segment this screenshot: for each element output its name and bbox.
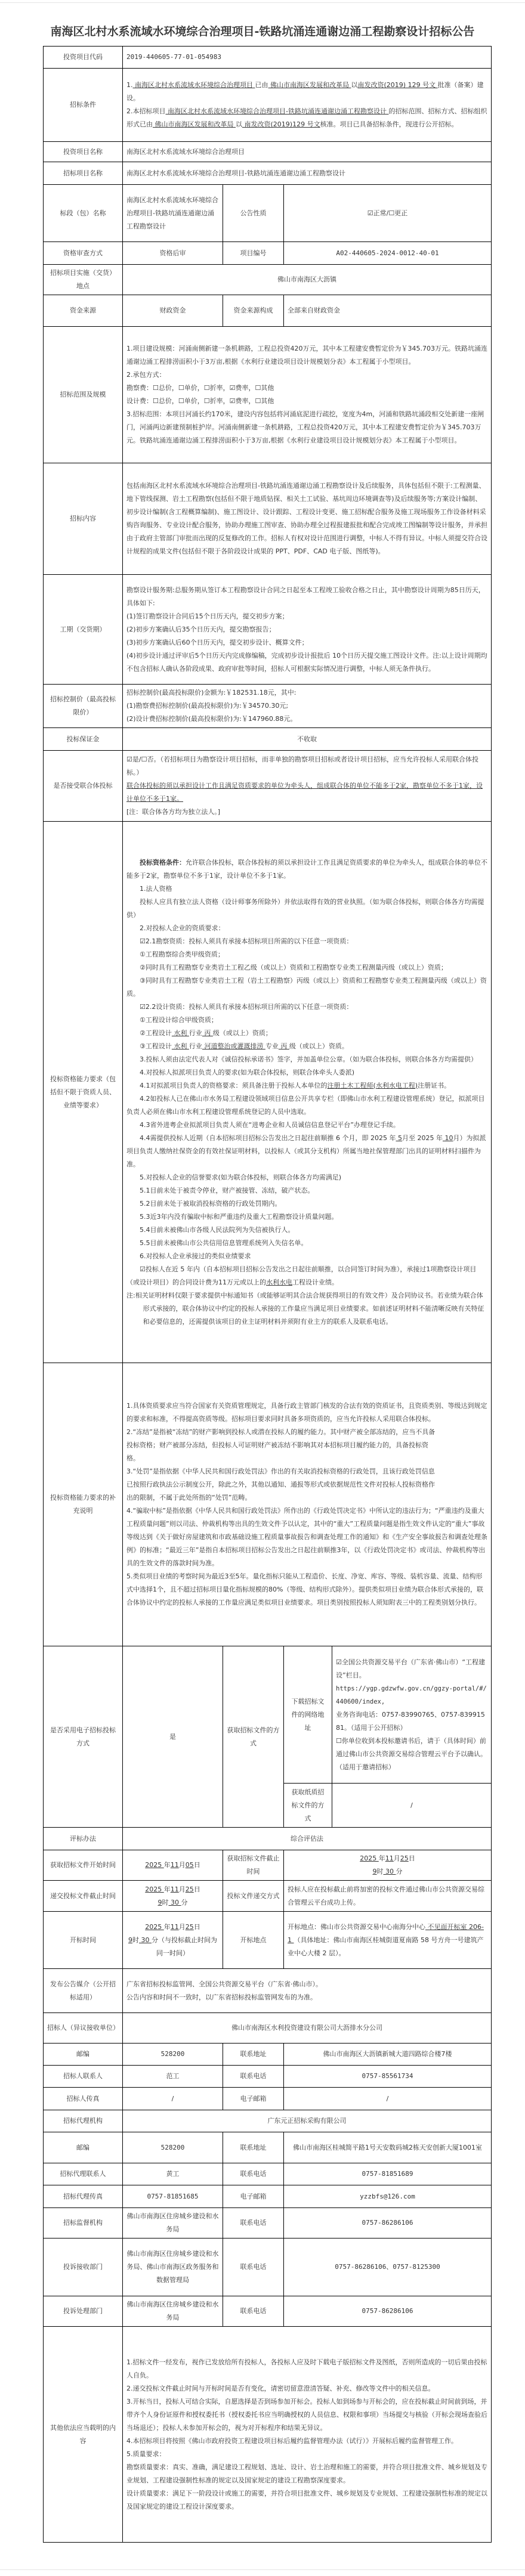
value-conditions: 1. 南海区北村水系流域水环境综合治理项目 已由 佛山市南海区发展和改革局 以南… (123, 69, 492, 142)
underlined-text: 水利 (172, 1042, 189, 1050)
checkbox-unchecked-icon[interactable]: ☐ (255, 384, 261, 392)
checkbox-unchecked-icon[interactable]: ☐ (336, 1737, 342, 1745)
text: 4.4需提供投标人近期（自本招标项目招标公告发出之日起往前顺推 6 个月，即 2… (140, 1134, 396, 1142)
value-complaint-handle: 佛山市南海区住房城乡建设和水务局 (123, 2296, 223, 2327)
row-agency-zip: 邮编 528200 联系地址 佛山市南海区桂城简平路1号天安数码城2栋天安创新大… (44, 2132, 492, 2163)
value-fax: 0757-81851685 (123, 2185, 223, 2208)
survey-fee-options: 勘察费：☐总价，☐单价，☐折率，☑费率，☐其他 (126, 382, 487, 395)
label: 设计费： (126, 397, 153, 405)
minute: 30 (384, 1868, 396, 1875)
unit: 分 (396, 1868, 403, 1875)
design-fee-options: 设计费：☐总价，☐单价，☐折率，☑费率，☐其他 (126, 395, 487, 408)
month: 11 (171, 1861, 179, 1869)
row-conditions: 招标条件 1. 南海区北村水系流域水环境综合治理项目 已由 佛山市南海区发展和改… (44, 69, 492, 142)
label-address: 联系地址 (223, 2132, 284, 2163)
section-heading: 5.对投标人企业的信誉要求(如为联合体投标，则联合体各方均需满足) (126, 1171, 487, 1184)
value-funding: 财政资金 (123, 295, 223, 327)
underlined-text: 佛山市南海区发展和改革局 (268, 81, 351, 89)
list-item: 2.“冻结”是指被“冻结”的财产影响到投标人或潜在投标人的履约能力。其中财产被全… (126, 1426, 487, 1465)
text: 1. (126, 81, 133, 89)
option-normal: 正常 (373, 209, 387, 217)
checkbox-unchecked-icon[interactable]: ☐ (153, 384, 159, 392)
row-obtain-time: 获取招标文件开始时间 2025 年11月05日 获取招标文件截止时间 2025 … (44, 1850, 492, 1881)
label-phone: 联系电话 (223, 2163, 284, 2185)
label-phone: 联系电话 (223, 2296, 284, 2327)
label-media: 发布公告媒介（公开招标适用） (44, 1969, 123, 2013)
list-item: 设计质量要求：满足下一阶段设计或施工的需要，并符合项目批准文件、城乡规划及专业规… (126, 2487, 487, 2513)
label-invest-code: 投资项目代码 (44, 47, 123, 69)
underlined-text: 水利 (172, 1029, 189, 1037)
value-supervision: 佛山市南海区住房城乡建设和水务局 (123, 2208, 223, 2238)
underlined-text: 注册土木工程师(水利水电工程) (328, 1082, 418, 1089)
label-fax: 招标人传真 (44, 2088, 123, 2110)
label-content: 招标内容 (44, 463, 123, 575)
unit: 月 (179, 1923, 186, 1931)
label-funding: 资金来源 (44, 295, 123, 327)
value-opening-time: 2025 年11月25日9时 30 分（与投标截止时间为同一时间） (123, 1912, 223, 1969)
row-agency: 招标代理机构 广东元正招标采购有限公司 (44, 2110, 492, 2132)
label-fax: 招标代理传真 (44, 2185, 123, 2208)
option: 费率， (236, 384, 255, 392)
value-contact: 范工 (123, 2066, 223, 2088)
label-address: 联系地址 (223, 2044, 284, 2066)
tender-notice-table: 投资项目代码 2019-440605-77-01-054983 招标条件 1. … (43, 46, 492, 2543)
list-item: 3.开标当日，投标人可结合实际，自愿选择是否到场参加开标会。投标人如到场参与开标… (126, 2395, 487, 2435)
paragraph: 4.3省外进粤企业拟派项目负责人须在“进粤企业和人员诚信信息登记平台”办理登记手… (126, 1119, 487, 1132)
value-supplement: 1.具体资质要求应当符合国家有关资质管理规定，具备行政主管部门核发的合法有效的资… (123, 1363, 492, 1646)
label-section: 标段（包）名称 (44, 185, 123, 242)
list-item: ①工程设计综合甲级资质； (126, 1014, 487, 1027)
label-electronic: 是否采用电子招标投标方式 (44, 1646, 123, 1828)
label-funding-composition: 资金来源构成 (223, 295, 284, 327)
list-item: ①工程勘察综合类甲级资质； (126, 948, 487, 961)
label-qualification: 资格审查方式 (44, 242, 123, 265)
consortium-note: [注：联合体各方均为独立法人。] (126, 806, 487, 819)
row-location: 招标项目实施（交货）地点 佛山市南海区大沥镇 (44, 265, 492, 295)
year: 2025 (145, 1885, 164, 1893)
underlined-text: 河道整治或灌溉排涝 (202, 1042, 265, 1050)
unit: 日 (194, 1885, 200, 1893)
list-item: 5.3近3年内没有骗取中标和严重违约及重大工程勘察设计质量问题。 (126, 1210, 487, 1224)
paragraph: 4.2如投标人已在佛山市水务局工程建设领域项目信息公开共享专栏（即佛山市水利工程… (126, 1092, 487, 1119)
row-funding: 资金来源 财政资金 资金来源构成 全部来自财政资金 (44, 295, 492, 327)
text: （具体地址：佛山市南海区桂城街道夏南路 58 号方舟一号建筑产业中心大楼 2 层… (288, 1936, 484, 1957)
paragraph: 投标人应具有独立法人资格（设计师事务所除外）并依法取得有效的营业执照。（如为联合… (126, 896, 487, 922)
row-tenderer-contact: 招标人联系人 范工 联系电话 0757-85561734 (44, 2066, 492, 2088)
value-opening-place: 开标地点：佛山市公共资源交易中心南海分中心 不见面开标室 206-1 （具体地址… (284, 1912, 492, 1969)
checkbox-checked-icon[interactable]: ☑ (367, 209, 373, 217)
paragraph: (3)初步方案确认后60个日历天内，提交初步设计、概算文件； (126, 636, 487, 649)
underlined-text: 南海区北村水系流域水环境综合治理项目 (133, 81, 255, 89)
option: 单价， (184, 397, 204, 405)
underlined-text: 10 (443, 1134, 453, 1142)
paragraph: (2)设计费招标控制价(最高投标限价)为:￥147960.88元。 (126, 713, 487, 726)
option: 费率， (236, 397, 255, 405)
unit: 日 (409, 1854, 415, 1862)
checkbox-unchecked-icon[interactable]: ☐ (204, 384, 210, 392)
underlined-text: 丙 (279, 1042, 289, 1050)
checkbox-checked-icon[interactable]: ☑ (230, 384, 236, 392)
page-title: 南海区北村水系流域水环境综合治理项目-铁路坑涌连通谢边涌工程勘察设计招标公告 (0, 23, 525, 39)
platform-name: 全国公共资源交易平台（广东省·佛山市）“工程建设”栏目。 (336, 1658, 485, 1679)
unit: 时 (377, 1868, 384, 1875)
checkbox-unchecked-icon[interactable]: ☐ (255, 397, 261, 405)
label-conditions: 招标条件 (44, 69, 123, 142)
label-consortium: 是否接受联合体投标 (44, 751, 123, 822)
option: 折率， (210, 384, 230, 392)
list-item: 1.具体资质要求应当符合国家有关资质管理规定，具备行政主管部门核发的合法有效的资… (126, 1400, 487, 1426)
year: 2025 (360, 1854, 379, 1862)
text: 专业 (265, 1042, 279, 1050)
day: 25 (400, 1854, 409, 1862)
unit: 年 (164, 1923, 171, 1931)
checkbox-checked-icon[interactable]: ☑ (140, 1003, 146, 1011)
row-deposit: 投标保证金 不收取 (44, 728, 492, 751)
value-electronic: 是 (123, 1646, 223, 1828)
consult-phone: 业务咨询电话：0757-83990765、0757-83991581。（适用于公… (336, 1708, 487, 1735)
note-text: 相关证明材料仅限于要求提供中标通知书（或能够证明其合法合规获得项目的有效文件）及… (135, 1292, 484, 1326)
text: 开标地点：佛山市公共资源交易中心南海分中心 (288, 1923, 425, 1931)
row-media: 发布公告媒介（公开招标适用） 广东省招标投标监管网、全国公共资源交易平台（广东省… (44, 1969, 492, 2013)
list-item: ②同时具有工程勘察专业类岩土工程乙级（或以上）资质和工程勘察专业类工程测量丙级（… (126, 961, 487, 974)
option: 单价， (184, 384, 204, 392)
value-paper-method: / (332, 1784, 492, 1828)
paragraph: 广东省招标投标监管网、全国公共资源交易平台（广东省·佛山市）。 (126, 1978, 487, 1991)
value-zip: 528200 (123, 2132, 223, 2163)
value-project-code: A02-440605-2024-0012-40-01 (284, 242, 492, 265)
text: 以 (236, 120, 242, 128)
label-obtain-method: 获取招标文件的方式 (223, 1646, 284, 1828)
label-opening-time: 开标时间 (44, 1912, 123, 1969)
value-phone: 0757-81851689 (284, 2163, 492, 2185)
unit: 时 (132, 1936, 139, 1944)
unit: 分 (181, 1899, 188, 1906)
row-scope: 招标范围及规模 1.项目建设规模：河涌南侧新建一条机耕路，工程总投资420万元，… (44, 327, 492, 463)
paragraph: (2)初步方案确认后35个日历天内，提交勘察报告； (126, 623, 487, 636)
row-agency-fax: 招标代理传真 0757-81851685 电子邮箱 yzzbfs@126.com (44, 2185, 492, 2208)
list-item: 4.“骗取中标”是指依据《中华人民共和国行政处罚法》所作出的《行政处罚决定书》中… (126, 1504, 487, 1570)
list-item: ③同时具有工程勘察专业类岩土工程（岩土工程勘察）丙级（或以上）资质和工程勘察专业… (126, 974, 487, 1001)
paragraph: 3.招标范围：本项目河涌长约170米，建设内容包括将河涌底泥进行疏挖，宽度为4m… (126, 408, 487, 447)
note: （与投标截止时间为同一时间） (156, 1936, 217, 1957)
month: 11 (171, 1923, 179, 1931)
label-complaint-receive: 投诉接收部门 (44, 2238, 123, 2296)
option: 总价， (159, 384, 178, 392)
value-scope: 1.项目建设规模：河涌南侧新建一条机耕路，工程总投资420万元，其中本工程建安费… (123, 327, 492, 463)
value-agency: 广东元正招标采购有限公司 (123, 2110, 492, 2132)
hour: 9 (158, 1899, 162, 1906)
value-download-address: ☑全国公共资源交易平台（广东省·佛山市）“工程建设”栏目。 https://yg… (332, 1646, 492, 1784)
checkbox-checked-icon[interactable]: ☑ (140, 937, 146, 945)
checkbox-checked-icon[interactable]: ☑ (336, 1658, 342, 1666)
row-tenderer-zip: 邮编 528200 联系地址 佛山市南海区大沥镇新城大道四路综合楼7楼 (44, 2044, 492, 2066)
row-bid-name: 招标项目名称 南海区北村水系流域水环境综合治理项目-铁路坑涌连通谢边涌工程勘察设… (44, 162, 492, 185)
value-zip: 528200 (123, 2044, 223, 2066)
row-section: 标段（包）名称 南海区北村水系流域水环境综合治理项目-铁路坑涌连通谢边涌工程勘察… (44, 185, 492, 242)
text: 4.1对拟派项目负责人的资格要求：须具备注册于投标人本单位的 (140, 1082, 328, 1089)
paragraph: 1.项目建设规模：河涌南侧新建一条机耕路，工程总投资420万元，其中本工程建安费… (126, 342, 487, 369)
value-tenderer: 佛山市南海区水利投资建设有限公司大沥排水分公司 (123, 2013, 492, 2044)
label-zip: 邮编 (44, 2132, 123, 2163)
label-project-code: 项目编号 (223, 242, 284, 265)
row-period: 工期（交货期） 勘察设计服务期:总服务期从签订本工程勘察设计合同之日起至本工程竣… (44, 575, 492, 685)
month: 11 (385, 1854, 394, 1862)
row-supervision: 招标监督机构 佛山市南海区住房城乡建设和水务局 联系电话 0757-862861… (44, 2208, 492, 2238)
value-consortium: ☑是/☐否。（若招标项目为勘察设计项目招标，而非单独的勘察项目招标或者设计项目招… (123, 751, 492, 822)
section-heading: 4.对投标人拟派项目负责人的要求(如为联合体投标，则联合体牵头人委派) (126, 1066, 487, 1079)
section-heading: 6.对投标人企业承接过的类似业绩要求 (126, 1250, 487, 1263)
label-opening-place: 开标地点 (223, 1912, 284, 1969)
label-obtain-end: 获取招标文件截止时间 (223, 1850, 284, 1881)
option: 其他 (261, 384, 274, 392)
underlined-text: 南海区北村水系流域水环境综合治理项目-铁路坑涌连通谢边涌工程勘察设计 (166, 107, 389, 115)
label-paper-method: 获取纸质招标文件的方式 (284, 1784, 332, 1828)
minute: 30 (139, 1936, 152, 1944)
value-phone: 0757-85561734 (284, 2066, 492, 2088)
checkbox-unchecked-icon[interactable]: ☐ (178, 384, 184, 392)
unit: 分 (152, 1936, 158, 1944)
list-item: 5.1目前未处于被责令停业，财产被接管、冻结，破产状态。 (126, 1184, 487, 1197)
list-item: 5.类似项目业绩的考察时间为最近3至5年。量化指标只能从工程造价、长度、净宽、库… (126, 1570, 487, 1609)
row-complaint-handle: 投诉处理部门 佛山市南海区住房城乡建设和水务局 联系电话 0757-862861… (44, 2296, 492, 2327)
checkbox-unchecked-icon[interactable]: ☐ (153, 397, 159, 405)
label-location: 招标项目实施（交货）地点 (44, 265, 123, 295)
row-price: 招标控制价（最高投标限价） 招标控制价(最高投标限价)金额为:￥182531.1… (44, 685, 492, 728)
checkbox-unchecked-icon[interactable]: ☐ (141, 756, 147, 763)
row-invest-code: 投资项目代码 2019-440605-77-01-054983 (44, 47, 492, 69)
text: 2.本招标项目 (126, 107, 166, 115)
value-submit-method: 投标人应在投标截止前将加密的投标文件通过佛山市公共资源交易综合管理云平台成功上传… (284, 1881, 492, 1912)
value-nature: ☑正常/☐更正 (284, 185, 492, 242)
value-address: 佛山市南海区大沥镇新城大道四路综合楼7楼 (284, 2044, 492, 2066)
row-complaint-receive: 投诉接收部门 佛山市南海区住房城乡建设和水务局、佛山市南海区政务服务和数据管理局… (44, 2238, 492, 2296)
label-submit-deadline: 递交投标文件截止时间 (44, 1881, 123, 1912)
paragraph: 勘察设计服务期:总服务期从签订本工程勘察设计合同之日起至本工程竣工验收合格之日止… (126, 584, 487, 610)
text: 注册证书。 (418, 1082, 450, 1089)
list-item: 3.“处罚”是指依据《中华人民共和国行政处罚法》作出的有关取消投标资格的行政处罚… (126, 1465, 487, 1504)
label-bid-name: 招标项目名称 (44, 162, 123, 185)
label-nature: 公告性质 (223, 185, 284, 242)
label-download-address: 下载招标文件的网络地址 (284, 1646, 332, 1784)
paragraph: (1)勘察费招标控制价(最高投标限价)为:￥34570.30元; (126, 699, 487, 713)
checkbox-checked-icon[interactable]: ☑ (126, 756, 132, 763)
checkbox-unchecked-icon[interactable]: ☐ (178, 397, 184, 405)
unit: 日 (194, 1861, 200, 1869)
value-address: 佛山市南海区桂城简平路1号天安数码城2栋天安创新大厦1001室 (284, 2132, 492, 2163)
row-tenderer: 招标人（异议接收单位） 佛山市南海区水利投资建设有限公司大沥排水分公司 (44, 2013, 492, 2044)
label-complaint-handle: 投诉处理部门 (44, 2296, 123, 2327)
paragraph: 2.2设计资质：投标人须具有承接本招标项目所需的以下任意一项资质： (146, 1003, 353, 1011)
label-agency: 招标代理机构 (44, 2110, 123, 2132)
row-eligibility: 投标资格能力要求（包括但不限于资质人员、业绩等要求） 投标资格条件：允许联合体投… (44, 822, 492, 1363)
row-evaluation: 评标办法 综合评估法 (44, 1828, 492, 1850)
unit: 月 (394, 1854, 400, 1862)
underlined-text: 5 (396, 1134, 402, 1142)
text: 行业 (189, 1042, 202, 1050)
row-content: 招标内容 包括南海区北村水系流域水环境综合治理项目-铁路坑涌连通谢边涌工程勘察设… (44, 463, 492, 575)
value-section: 南海区北村水系流域水环境综合治理项目-铁路坑涌连通谢边涌工程勘察设计 (123, 185, 223, 242)
text: 级（或以上）资质； (213, 1029, 272, 1037)
row-agency-contact: 招标代理联系人 黄工 联系电话 0757-81851689 (44, 2163, 492, 2185)
label-contact: 招标代理联系人 (44, 2163, 123, 2185)
consortium-choice: ☑是/☐否。（若招标项目为勘察设计项目招标，而非单独的勘察项目招标或者设计项目招… (126, 753, 487, 779)
label-deposit: 投标保证金 (44, 728, 123, 751)
value-email: / (284, 2088, 492, 2110)
value-phone: 0757-86286106 (284, 2208, 492, 2238)
day: 25 (186, 1923, 194, 1931)
bottom-divider (0, 2569, 525, 2570)
section-heading: 2.对投标人企业的资质要求： (126, 922, 487, 935)
list-item: 2.递交投标文件截止时间与开标时间是否有变化，请密切留意澄清答疑、补充、修改等文… (126, 2382, 487, 2395)
download-link[interactable]: https://ygp.gdzwfw.gov.cn/ggzy-portal/#/… (336, 1682, 487, 1708)
list-item: 5.质量要求： (126, 2448, 487, 2461)
list-item: 勘察质量要求：真实、准确，满足建设工程规划、选址、设计、岩土治理和施工的需要，并… (126, 2461, 487, 2487)
underlined-text: 佛山市南海区发展和改革局 (153, 120, 236, 128)
text: 核准。项目已具备招标条件，现进行公开招标。 (320, 120, 458, 128)
label-invest-name: 投资项目名称 (44, 142, 123, 162)
invite-text: 你单位收到本投标邀请书后，请于（具体时间）前通过佛山市公共资源交易综合管理云平台… (336, 1737, 487, 1771)
text: ③工程设计 (140, 1042, 172, 1050)
option-change: 更正 (394, 209, 407, 217)
value-bid-name: 南海区北村水系流域水环境综合治理项目-铁路坑涌连通谢边涌工程勘察设计 (123, 162, 492, 185)
text: 以 (351, 81, 358, 89)
label-zip: 邮编 (44, 2044, 123, 2066)
value-email[interactable]: yzzbfs@126.com (284, 2185, 492, 2208)
row-supplement: 投标资格能力要求的补充说明 1.具体资质要求应当符合国家有关资质管理规定，具备行… (44, 1363, 492, 1646)
paragraph: (1)签订勘察设计合同后15个日历天内，提交初步方案； (126, 610, 487, 623)
label-period: 工期（交货期） (44, 575, 123, 685)
top-divider (0, 2, 525, 3)
label-tenderer: 招标人（异议接收单位） (44, 2013, 123, 2044)
label-contact: 招标人联系人 (44, 2066, 123, 2088)
paragraph: 2.1勘察资质：投标人须具有承接本招标项目所需的以下任意一项资质： (146, 937, 353, 945)
checkbox-checked-icon[interactable]: ☑ (140, 1265, 146, 1273)
consortium-requirement: 联合体投标的须以承担设计工作且满足资质要求的单位为牵头人，组成联合体的单位不能多… (126, 779, 487, 806)
value-eligibility: 投标资格条件：允许联合体投标，联合体投标的须以承担设计工作且满足资质要求的单位为… (123, 822, 492, 1363)
paragraph: 3.投标人须由法定代表人对《诚信投标承诺书》签字，并加盖单位公章。（如为联合体投… (126, 1053, 487, 1066)
value-period: 勘察设计服务期:总服务期从签订本工程勘察设计合同之日起至本工程竣工验收合格之日止… (123, 575, 492, 685)
underlined-text: 丙 (202, 1029, 213, 1037)
unit: 年 (164, 1885, 171, 1893)
checkbox-checked-icon[interactable]: ☑ (230, 397, 236, 405)
value-obtain-start: 2025 年11月05日 (123, 1850, 223, 1881)
value-invest-name: 南海区北村水系流域水环境综合治理项目 (123, 142, 492, 162)
day: 05 (186, 1861, 194, 1869)
option-yes: 是 (132, 756, 139, 763)
list-item: 5.4目前未被佛山市各级人民法院列为失信被执行人。 (126, 1224, 487, 1237)
label-price: 招标控制价（最高投标限价） (44, 685, 123, 728)
value-other: 1.招标文件一经发布，视作已发放给所有投标人，各投标人应及时下载电子版招标文件及… (123, 2327, 492, 2543)
value-deposit: 不收取 (123, 728, 492, 751)
section-heading: 1.法人资格 (126, 883, 487, 896)
label-email: 电子邮箱 (223, 2088, 284, 2110)
value-phone: 0757-86286106 (284, 2296, 492, 2327)
paragraph: 2.承包方式： (126, 369, 487, 382)
note-label: 注: (126, 1292, 135, 1299)
row-consortium: 是否接受联合体投标 ☑是/☐否。（若招标项目为勘察设计项目招标，而非单独的勘察项… (44, 751, 492, 822)
option-no: 否 (147, 756, 153, 763)
label-phone: 联系电话 (223, 2238, 284, 2296)
value-submit-deadline: 2025 年11月25日9时 30 分 (123, 1881, 223, 1912)
value-obtain-end: 2025 年11月25日9时 30 分 (284, 1850, 492, 1881)
minute: 30 (169, 1899, 181, 1906)
checkbox-unchecked-icon[interactable]: ☐ (388, 209, 394, 217)
list-item: 4.本招标项目将按照《佛山市政府投资工程建设项目标后履约监督管理办法（试行）》开… (126, 2435, 487, 2448)
value-price: 招标控制价(最高投标限价)金额为:￥182531.18元，其中: (1)勘察费招… (123, 685, 492, 728)
unit: 月 (179, 1861, 186, 1869)
option: 其他 (261, 397, 274, 405)
row-other: 其他依法应当载明的内容 1.招标文件一经发布，视作已发放给所有投标人，各投标人应… (44, 2327, 492, 2543)
label-other: 其他依法应当载明的内容 (44, 2327, 123, 2543)
row-submit: 递交投标文件截止时间 2025 年11月25日9时 30 分 投标文件递交方式 … (44, 1881, 492, 1912)
hour: 9 (128, 1936, 132, 1944)
text: 已由 (255, 81, 268, 89)
value-complaint-receive: 佛山市南海区住房城乡建设和水务局、佛山市南海区政务服务和数据管理局 (123, 2238, 223, 2296)
unit: 年 (164, 1861, 171, 1869)
text: 月至 2025 年 (402, 1134, 443, 1142)
row-invest-name: 投资项目名称 南海区北村水系流域水环境综合治理项目 (44, 142, 492, 162)
row-electronic: 是否采用电子招标投标方式 是 获取招标文件的方式 下载招标文件的网络地址 ☑全国… (44, 1646, 492, 1784)
unit: 年 (379, 1854, 385, 1862)
list-item: 1.招标文件一经发布，视作已发放给所有投标人，各投标人应及时下载电子版招标文件及… (126, 2356, 487, 2382)
label-phone: 联系电话 (223, 2066, 284, 2088)
value-fax: / (123, 2088, 223, 2110)
text: 行业 (189, 1029, 202, 1037)
hour: 9 (373, 1868, 377, 1875)
checkbox-unchecked-icon[interactable]: ☐ (204, 397, 210, 405)
label-obtain-start: 获取招标文件开始时间 (44, 1850, 123, 1881)
option: 总价， (159, 397, 178, 405)
label-supervision: 招标监督机构 (44, 2208, 123, 2238)
underlined-text: 水利水电 (266, 1278, 292, 1286)
heading: 投标资格条件： (140, 859, 186, 866)
value-content: 包括南海区北村水系流域水环境综合治理项目-铁路坑涌连通谢边涌工程勘察设计及后续服… (123, 463, 492, 575)
day: 25 (186, 1885, 194, 1893)
value-location: 佛山市南海区大沥镇 (123, 265, 492, 295)
row-tenderer-fax: 招标人传真 / 电子邮箱 / (44, 2088, 492, 2110)
value-media: 广东省招标投标监管网、全国公共资源交易平台（广东省·佛山市）。 公告内容和时间不… (123, 1969, 492, 2013)
text: 工程设计业绩。 (292, 1278, 338, 1286)
value-qualification: 资格后审 (123, 242, 223, 265)
year: 2025 (145, 1861, 164, 1869)
underlined-text: 南发改资(2019) 129 号文 (358, 81, 438, 89)
label-eligibility: 投标资格能力要求（包括但不限于资质人员、业绩等要求） (44, 822, 123, 1363)
unit: 时 (162, 1899, 169, 1906)
note: 。（若招标项目为勘察设计项目招标，而非单独的勘察项目招标或者设计项目招标，应当允… (126, 756, 478, 776)
underlined-text: 南发改资(2019)129 号文 (242, 120, 320, 128)
label-evaluation: 评标办法 (44, 1828, 123, 1850)
paragraph: (4)初步设计通过评审后5个日历天内完成修编稿，完成初步设计报批后 10个日历天… (126, 649, 487, 676)
option: 折率， (210, 397, 230, 405)
text: ②工程设计 (140, 1029, 172, 1037)
paragraph: 招标控制价(最高投标限价)金额为:￥182531.18元，其中: (126, 686, 487, 699)
year: 2025 (145, 1923, 164, 1931)
label: 勘察费： (126, 384, 153, 392)
label-phone: 联系电话 (223, 2208, 284, 2238)
label-scope: 招标范围及规模 (44, 327, 123, 463)
list-item: 5.5目前未被佛山市公共信用信息管理系统列入失信名单。 (126, 1237, 487, 1250)
paragraph: 公告内容和时间不一致时，以广东省招标投标监管网发布的为准。 (126, 1991, 487, 2004)
label-email: 电子邮箱 (223, 2185, 284, 2208)
row-opening: 开标时间 2025 年11月25日9时 30 分（与投标截止时间为同一时间） 开… (44, 1912, 492, 1969)
row-qualification: 资格审查方式 资格后审 项目编号 A02-440605-2024-0012-40… (44, 242, 492, 265)
value-phone: 0757-86286106、0757-8125300 (284, 2238, 492, 2296)
month: 11 (171, 1885, 179, 1893)
value-funding-composition: 全部来自财政资金 (284, 295, 492, 327)
label-supplement: 投标资格能力要求的补充说明 (44, 1363, 123, 1646)
text: 级（或以上）资质。 (289, 1042, 348, 1050)
list-item: 5.2目前未处于被取消投标资格的行政处罚期内。 (126, 1197, 487, 1210)
